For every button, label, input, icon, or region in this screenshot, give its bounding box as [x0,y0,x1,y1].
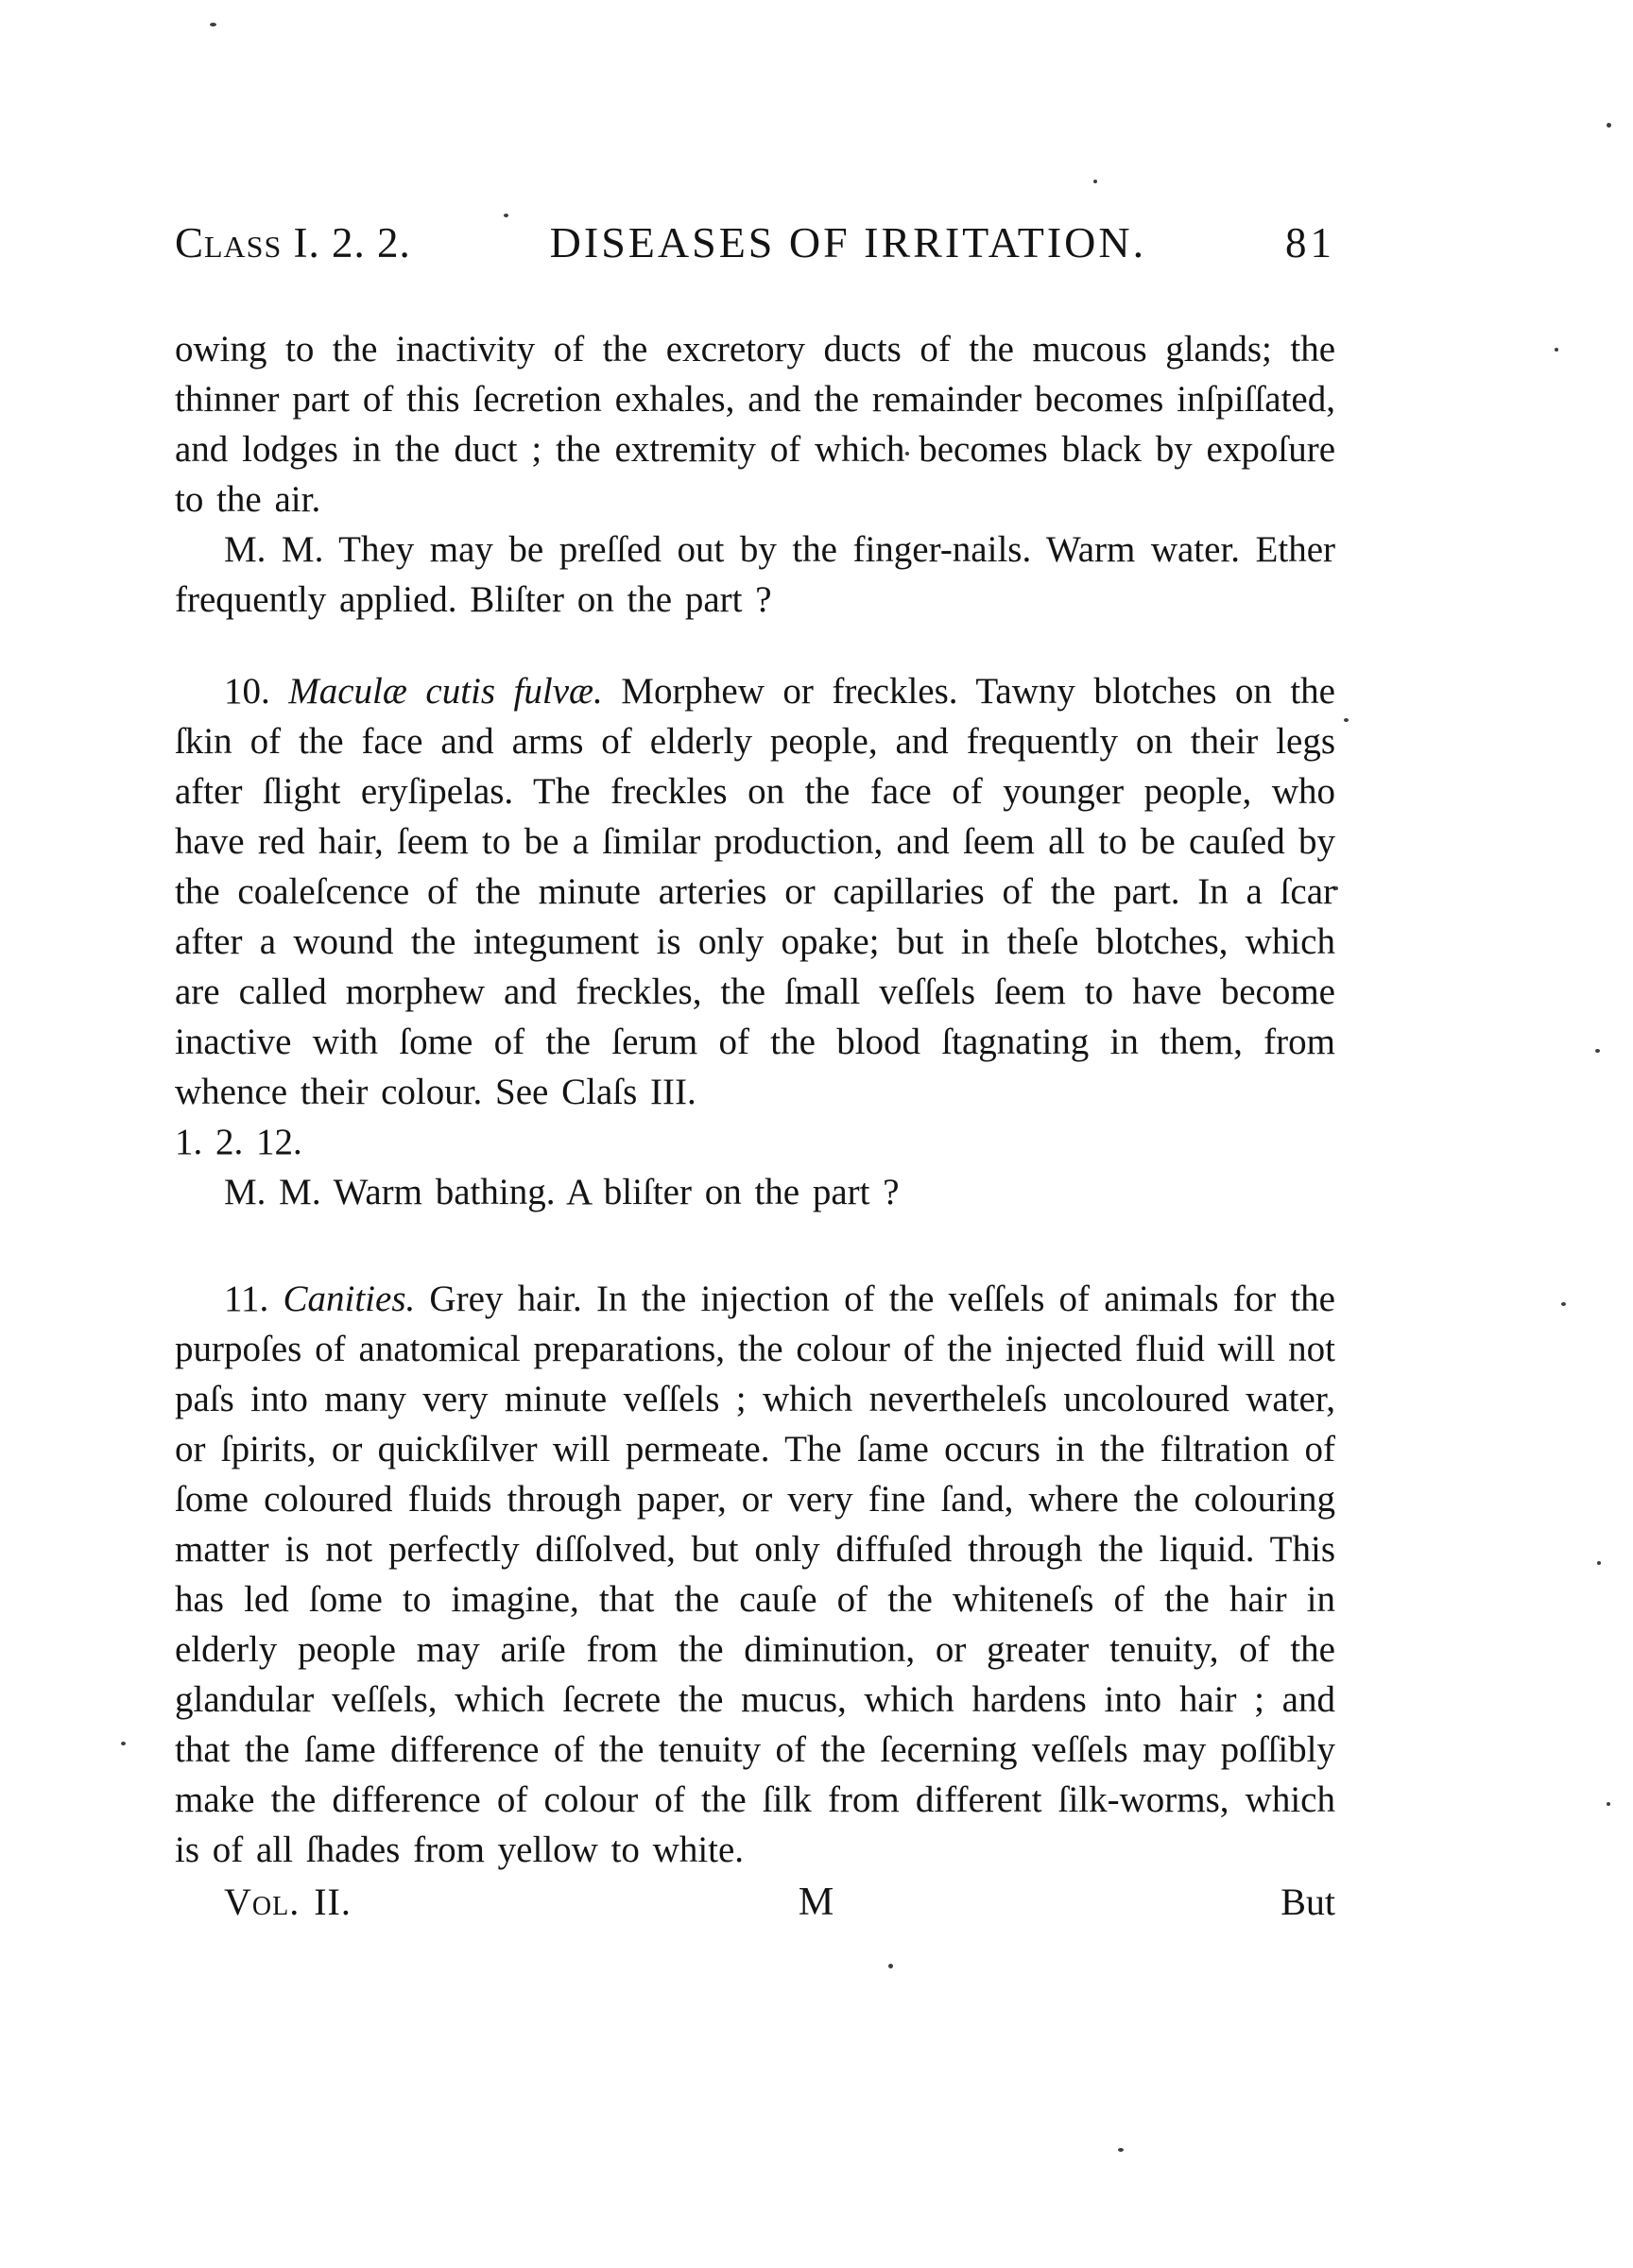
scan-speck [1595,1049,1600,1053]
page-number: 81 [1285,218,1335,267]
signature-mark: M [352,1878,1281,1928]
scan-speck [121,1742,126,1745]
volume-label: Vol. II. [224,1877,352,1927]
section-10-body-text: Morphew or freckles. Tawny blotches on t… [175,671,1335,1112]
page-body: owing to the inactivity of the excretory… [175,324,1335,1928]
scanned-book-page: Class I. 2. 2. DISEASES OF IRRITATION. 8… [0,0,1633,2268]
page-footer: Vol. II. M But [175,1877,1335,1928]
scan-speck [905,452,909,455]
scan-speck [1118,2148,1124,2152]
section-11-body-text: Grey hair. In the injection of the veſſe… [175,1279,1335,1870]
scan-speck [888,1964,893,1968]
scan-speck [210,23,216,26]
paragraph-mm-treatment-2: M. M. Warm bathing. A bliſter on the par… [175,1167,1335,1217]
section-11-paragraph: 11. Canities. Grey hair. In the injectio… [175,1274,1335,1875]
scan-speck [504,214,508,217]
scan-speck [1093,180,1097,183]
catchword: But [1281,1877,1335,1927]
page-title: DISEASES OF IRRITATION. [411,217,1285,267]
scan-speck [1597,1561,1601,1565]
class-reference-line: 1. 2. 12. [175,1117,1335,1167]
paragraph-mm-treatment-1: M. M. They may be preſſed out by the fin… [175,524,1335,625]
scan-speck [1561,1302,1566,1306]
scan-speck [1555,348,1558,352]
scan-speck [1334,886,1338,890]
section-10-species-name: Maculæ cutis fulvæ. [288,671,603,712]
paragraph-continuation: owing to the inactivity of the excretory… [175,324,1335,524]
section-10-number: 10. [224,671,288,712]
section-11-species-name: Canities. [283,1279,415,1319]
scan-speck [1607,1802,1610,1806]
scan-speck [1344,718,1349,722]
page-content: Class I. 2. 2. DISEASES OF IRRITATION. 8… [175,217,1335,1928]
section-10-paragraph: 10. Maculæ cutis fulvæ. Morphew or freck… [175,666,1335,1117]
header-class-label: Class I. 2. 2. [175,218,411,267]
scan-speck [1607,123,1611,128]
section-11-number: 11. [224,1279,283,1319]
page-header: Class I. 2. 2. DISEASES OF IRRITATION. 8… [175,217,1335,267]
